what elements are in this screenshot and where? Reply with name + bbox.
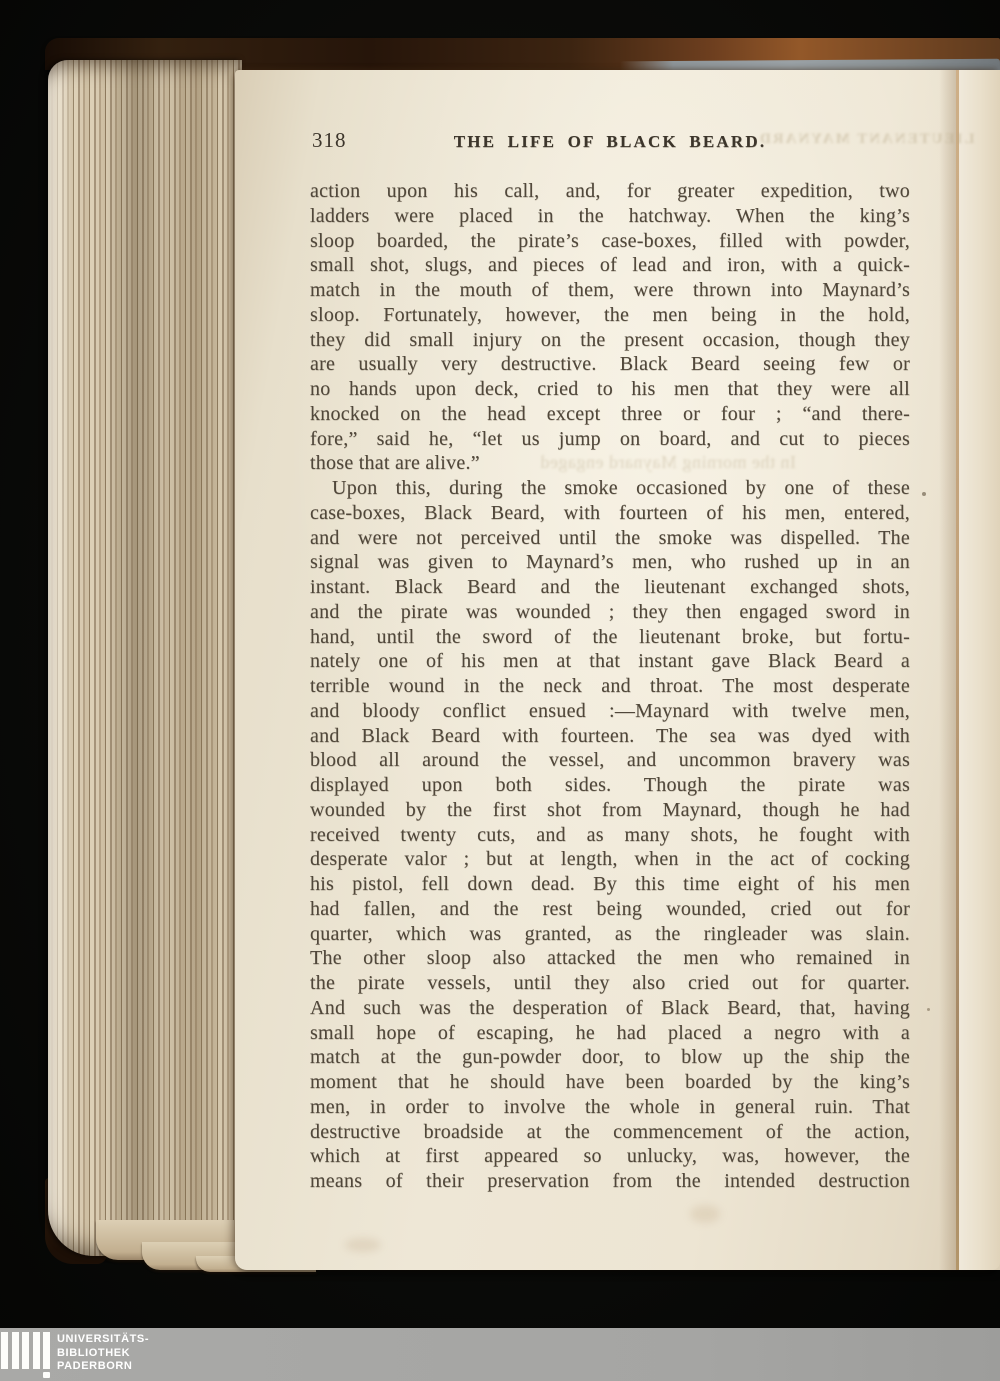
library-logo-icon xyxy=(33,1332,40,1369)
text-line: no hands upon deck, cried to his men tha… xyxy=(310,377,910,402)
text-line: The other sloop also attacked the men wh… xyxy=(310,946,910,971)
text-line: those that are alive.” xyxy=(310,451,910,476)
text-lines: action upon his call, and, for greater e… xyxy=(310,179,910,1194)
text-line: small shot, slugs, and pieces of lead an… xyxy=(310,253,910,278)
text-line: received twenty cuts, and as many shots,… xyxy=(310,823,910,848)
gutter-shadow xyxy=(939,70,956,1270)
text-line: quarter, which was granted, as the ringl… xyxy=(310,922,910,947)
text-line: sloop boarded, the pirate’s case-boxes, … xyxy=(310,229,910,254)
library-logo-icon xyxy=(43,1332,50,1369)
text-line: instant. Black Beard and the lieutenant … xyxy=(310,575,910,600)
library-logo-icon xyxy=(22,1332,29,1369)
text-line: which at first appeared so unlucky, was,… xyxy=(310,1144,910,1169)
stamp-line-1: UNIVERSITÄTS- xyxy=(57,1333,149,1347)
text-line: and bloody conflict ensued :—Maynard wit… xyxy=(310,699,910,724)
text-line: his pistol, fell down dead. By this time… xyxy=(310,872,910,897)
text-line: and Black Beard with fourteen. The sea w… xyxy=(310,724,910,749)
text-line: match at the gun-powder door, to blow up… xyxy=(310,1045,910,1070)
library-logo-icon xyxy=(43,1372,50,1378)
text-line: hand, until the sword of the lieutenant … xyxy=(310,625,910,650)
text-line: Upon this, during the smoke occasioned b… xyxy=(310,476,910,501)
foxing-stain xyxy=(690,1205,720,1223)
text-line: and the pirate was wounded ; they then e… xyxy=(310,600,910,625)
text-line: they did small injury on the present occ… xyxy=(310,328,910,353)
page-number: 318 xyxy=(312,128,347,153)
text-line: moment that he should have been boarded … xyxy=(310,1070,910,1095)
ink-speck xyxy=(927,1008,930,1011)
running-title: THE LIFE OF BLACK BEARD. xyxy=(454,132,767,152)
text-line: small hope of escaping, he had placed a … xyxy=(310,1021,910,1046)
text-line: And such was the desperation of Black Be… xyxy=(310,996,910,1021)
text-line: blood all around the vessel, and uncommo… xyxy=(310,748,910,773)
text-line: men, in order to involve the whole in ge… xyxy=(310,1095,910,1120)
text-line: fore,” said he, “let us jump on board, a… xyxy=(310,427,910,452)
text-line: case-boxes, Black Beard, with fourteen o… xyxy=(310,501,910,526)
text-line: are usually very destructive. Black Bear… xyxy=(310,352,910,377)
text-line: action upon his call, and, for greater e… xyxy=(310,179,910,204)
text-line: destructive broadside at the commencemen… xyxy=(310,1120,910,1145)
text-line: desperate valor ; but at length, when in… xyxy=(310,847,910,872)
facing-page-sliver xyxy=(959,70,1000,1270)
text-line: signal was given to Maynard’s men, who r… xyxy=(310,550,910,575)
text-line: the pirate vessels, until they also crie… xyxy=(310,971,910,996)
library-watermark-bar: UNIVERSITÄTS- BIBLIOTHEK PADERBORN xyxy=(0,1328,1000,1381)
text-line: terrible wound in the neck and throat. T… xyxy=(310,674,910,699)
text-line: sloop. Fortunately, however, the men bei… xyxy=(310,303,910,328)
stacked-page-edges xyxy=(48,60,242,1256)
text-line: wounded by the first shot from Maynard, … xyxy=(310,798,910,823)
text-line: ladders were placed in the hatchway. Whe… xyxy=(310,204,910,229)
text-line: means of their preservation from the int… xyxy=(310,1169,910,1194)
text-line: had fallen, and the rest being wounded, … xyxy=(310,897,910,922)
stamp-line-3: PADERBORN xyxy=(57,1360,149,1374)
page-header: 318 THE LIFE OF BLACK BEARD. xyxy=(310,128,910,156)
stamp-line-2: BIBLIOTHEK xyxy=(57,1347,149,1361)
text-line: knocked on the head except three or four… xyxy=(310,402,910,427)
library-logo-icon xyxy=(1,1332,8,1369)
foxing-stain xyxy=(345,1238,381,1252)
text-line: displayed upon both sides. Though the pi… xyxy=(310,773,910,798)
text-line: nately one of his men at that instant ga… xyxy=(310,649,910,674)
text-line: and were not perceived until the smoke w… xyxy=(310,526,910,551)
library-logo-icon xyxy=(12,1332,19,1369)
text-line: match in the mouth of them, were thrown … xyxy=(310,278,910,303)
library-stamp-text: UNIVERSITÄTS- BIBLIOTHEK PADERBORN xyxy=(57,1333,149,1374)
ink-speck xyxy=(922,492,926,496)
